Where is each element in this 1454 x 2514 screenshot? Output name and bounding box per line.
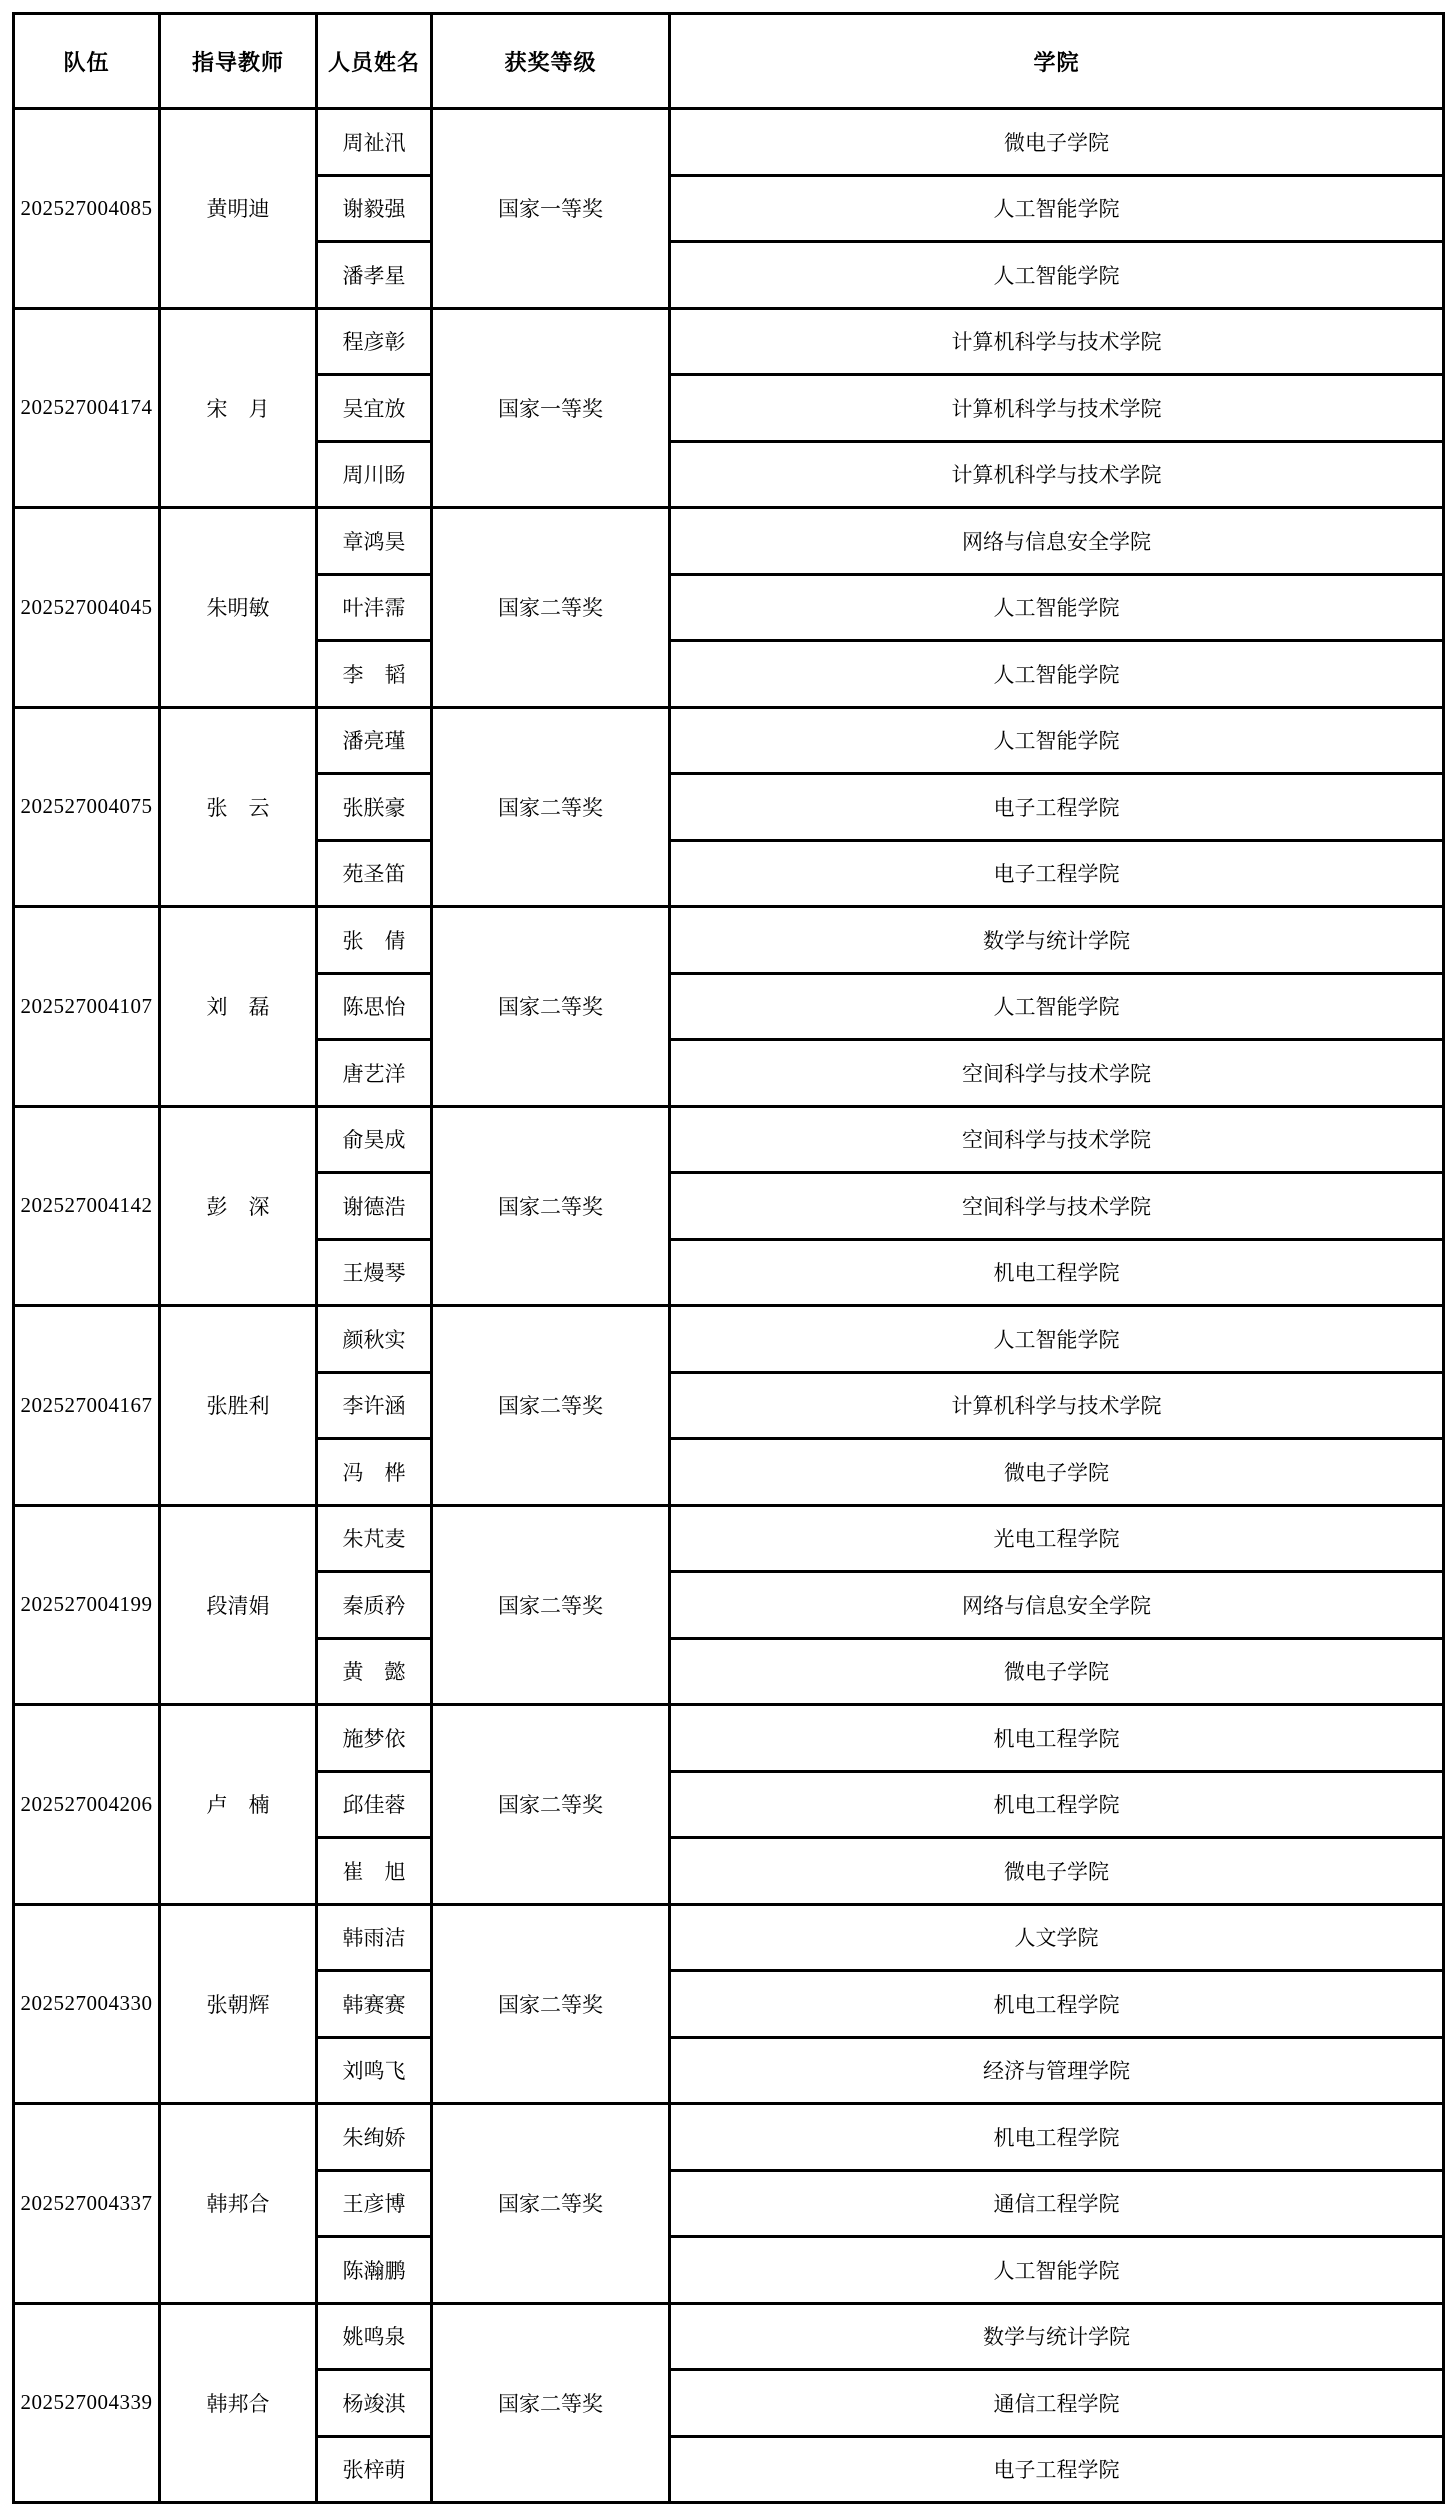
- member-name-cell: 王熳琴: [317, 1239, 432, 1306]
- column-header-member-name: 人员姓名: [317, 14, 432, 109]
- award-cell: 国家二等奖: [432, 2303, 670, 2503]
- advisor-cell: 朱明敏: [160, 508, 317, 708]
- team-id-cell: 202527004045: [14, 508, 160, 708]
- award-cell: 国家二等奖: [432, 1505, 670, 1705]
- college-cell: 机电工程学院: [670, 2104, 1444, 2171]
- member-name-cell: 唐艺洋: [317, 1040, 432, 1107]
- member-name-cell: 邱佳蓉: [317, 1771, 432, 1838]
- column-header-team: 队伍: [14, 14, 160, 109]
- member-name-cell: 张朕豪: [317, 774, 432, 841]
- member-name-cell: 朱芃麦: [317, 1505, 432, 1572]
- award-cell: 国家二等奖: [432, 508, 670, 708]
- member-name-cell: 韩赛赛: [317, 1971, 432, 2038]
- member-row: 202527004337韩邦合朱绚娇国家二等奖机电工程学院: [14, 2104, 1444, 2171]
- team-id-cell: 202527004337: [14, 2104, 160, 2304]
- team-id-cell: 202527004107: [14, 907, 160, 1107]
- member-row: 202527004142彭 深俞昊成国家二等奖空间科学与技术学院: [14, 1106, 1444, 1173]
- member-name-cell: 周祉汛: [317, 109, 432, 176]
- header-row: 队伍 指导教师 人员姓名 获奖等级 学院: [14, 14, 1444, 109]
- college-cell: 微电子学院: [670, 1638, 1444, 1705]
- college-cell: 网络与信息安全学院: [670, 1572, 1444, 1639]
- award-cell: 国家一等奖: [432, 308, 670, 508]
- member-name-cell: 程彦彰: [317, 308, 432, 375]
- member-row: 202527004085黄明迪周祉汛国家一等奖微电子学院: [14, 109, 1444, 176]
- college-cell: 空间科学与技术学院: [670, 1173, 1444, 1240]
- member-row: 202527004107刘 磊张 倩国家二等奖数学与统计学院: [14, 907, 1444, 974]
- member-name-cell: 颜秋实: [317, 1306, 432, 1373]
- advisor-cell: 黄明迪: [160, 109, 317, 309]
- advisor-cell: 刘 磊: [160, 907, 317, 1107]
- member-name-cell: 张梓萌: [317, 2436, 432, 2503]
- member-name-cell: 朱绚娇: [317, 2104, 432, 2171]
- member-name-cell: 陈瀚鹏: [317, 2237, 432, 2304]
- advisor-cell: 卢 楠: [160, 1705, 317, 1905]
- college-cell: 数学与统计学院: [670, 2303, 1444, 2370]
- college-cell: 计算机科学与技术学院: [670, 1372, 1444, 1439]
- college-cell: 人工智能学院: [670, 175, 1444, 242]
- team-id-cell: 202527004085: [14, 109, 160, 309]
- college-cell: 人工智能学院: [670, 973, 1444, 1040]
- page: 队伍 指导教师 人员姓名 获奖等级 学院 202527004085黄明迪周祉汛国…: [0, 0, 1454, 2514]
- award-cell: 国家二等奖: [432, 707, 670, 907]
- award-cell: 国家二等奖: [432, 907, 670, 1107]
- college-cell: 微电子学院: [670, 1838, 1444, 1905]
- college-cell: 人文学院: [670, 1904, 1444, 1971]
- college-cell: 人工智能学院: [670, 574, 1444, 641]
- college-cell: 经济与管理学院: [670, 2037, 1444, 2104]
- member-name-cell: 吴宜放: [317, 375, 432, 442]
- member-name-cell: 陈思怡: [317, 973, 432, 1040]
- member-name-cell: 谢德浩: [317, 1173, 432, 1240]
- member-name-cell: 张 倩: [317, 907, 432, 974]
- college-cell: 人工智能学院: [670, 1306, 1444, 1373]
- college-cell: 机电工程学院: [670, 1771, 1444, 1838]
- advisor-cell: 张 云: [160, 707, 317, 907]
- college-cell: 电子工程学院: [670, 2436, 1444, 2503]
- member-name-cell: 秦质矜: [317, 1572, 432, 1639]
- college-cell: 机电工程学院: [670, 1971, 1444, 2038]
- column-header-college: 学院: [670, 14, 1444, 109]
- college-cell: 空间科学与技术学院: [670, 1040, 1444, 1107]
- award-cell: 国家二等奖: [432, 1106, 670, 1306]
- team-id-cell: 202527004075: [14, 707, 160, 907]
- college-cell: 空间科学与技术学院: [670, 1106, 1444, 1173]
- member-name-cell: 施梦依: [317, 1705, 432, 1772]
- table-header: 队伍 指导教师 人员姓名 获奖等级 学院: [14, 14, 1444, 109]
- college-cell: 机电工程学院: [670, 1239, 1444, 1306]
- member-row: 202527004199段清娟朱芃麦国家二等奖光电工程学院: [14, 1505, 1444, 1572]
- member-name-cell: 潘亮瑾: [317, 707, 432, 774]
- member-name-cell: 叶沣霈: [317, 574, 432, 641]
- team-id-cell: 202527004330: [14, 1904, 160, 2104]
- advisor-cell: 彭 深: [160, 1106, 317, 1306]
- college-cell: 电子工程学院: [670, 840, 1444, 907]
- advisor-cell: 宋 月: [160, 308, 317, 508]
- college-cell: 人工智能学院: [670, 2237, 1444, 2304]
- college-cell: 人工智能学院: [670, 641, 1444, 708]
- member-name-cell: 章鸿昊: [317, 508, 432, 575]
- college-cell: 通信工程学院: [670, 2170, 1444, 2237]
- team-id-cell: 202527004199: [14, 1505, 160, 1705]
- college-cell: 光电工程学院: [670, 1505, 1444, 1572]
- member-row: 202527004075张 云潘亮瑾国家二等奖人工智能学院: [14, 707, 1444, 774]
- advisor-cell: 张朝辉: [160, 1904, 317, 2104]
- award-cell: 国家二等奖: [432, 2104, 670, 2304]
- team-id-cell: 202527004206: [14, 1705, 160, 1905]
- member-name-cell: 崔 旭: [317, 1838, 432, 1905]
- member-name-cell: 潘孝星: [317, 242, 432, 309]
- member-name-cell: 周川旸: [317, 441, 432, 508]
- member-name-cell: 俞昊成: [317, 1106, 432, 1173]
- college-cell: 微电子学院: [670, 109, 1444, 176]
- college-cell: 机电工程学院: [670, 1705, 1444, 1772]
- award-cell: 国家一等奖: [432, 109, 670, 309]
- award-cell: 国家二等奖: [432, 1306, 670, 1506]
- advisor-cell: 张胜利: [160, 1306, 317, 1506]
- college-cell: 电子工程学院: [670, 774, 1444, 841]
- member-name-cell: 杨竣淇: [317, 2370, 432, 2437]
- college-cell: 计算机科学与技术学院: [670, 375, 1444, 442]
- award-cell: 国家二等奖: [432, 1705, 670, 1905]
- member-name-cell: 李 韬: [317, 641, 432, 708]
- member-name-cell: 韩雨洁: [317, 1904, 432, 1971]
- member-name-cell: 王彦博: [317, 2170, 432, 2237]
- member-row: 202527004174宋 月程彦彰国家一等奖计算机科学与技术学院: [14, 308, 1444, 375]
- member-name-cell: 李许涵: [317, 1372, 432, 1439]
- college-cell: 通信工程学院: [670, 2370, 1444, 2437]
- award-cell: 国家二等奖: [432, 1904, 670, 2104]
- college-cell: 人工智能学院: [670, 707, 1444, 774]
- member-row: 202527004045朱明敏章鸿昊国家二等奖网络与信息安全学院: [14, 508, 1444, 575]
- college-cell: 数学与统计学院: [670, 907, 1444, 974]
- advisor-cell: 韩邦合: [160, 2303, 317, 2503]
- college-cell: 网络与信息安全学院: [670, 508, 1444, 575]
- team-id-cell: 202527004339: [14, 2303, 160, 2503]
- member-row: 202527004167张胜利颜秋实国家二等奖人工智能学院: [14, 1306, 1444, 1373]
- column-header-advisor: 指导教师: [160, 14, 317, 109]
- table-body: 202527004085黄明迪周祉汛国家一等奖微电子学院谢毅强人工智能学院潘孝星…: [14, 109, 1444, 2503]
- college-cell: 人工智能学院: [670, 242, 1444, 309]
- member-row: 202527004339韩邦合姚鸣泉国家二等奖数学与统计学院: [14, 2303, 1444, 2370]
- college-cell: 计算机科学与技术学院: [670, 441, 1444, 508]
- advisor-cell: 韩邦合: [160, 2104, 317, 2304]
- advisor-cell: 段清娟: [160, 1505, 317, 1705]
- team-id-cell: 202527004142: [14, 1106, 160, 1306]
- award-table: 队伍 指导教师 人员姓名 获奖等级 学院 202527004085黄明迪周祉汛国…: [12, 12, 1445, 2504]
- column-header-award-level: 获奖等级: [432, 14, 670, 109]
- member-name-cell: 姚鸣泉: [317, 2303, 432, 2370]
- member-name-cell: 黄 懿: [317, 1638, 432, 1705]
- college-cell: 微电子学院: [670, 1439, 1444, 1506]
- member-name-cell: 冯 桦: [317, 1439, 432, 1506]
- member-name-cell: 刘鸣飞: [317, 2037, 432, 2104]
- member-name-cell: 谢毅强: [317, 175, 432, 242]
- team-id-cell: 202527004167: [14, 1306, 160, 1506]
- member-row: 202527004206卢 楠施梦依国家二等奖机电工程学院: [14, 1705, 1444, 1772]
- team-id-cell: 202527004174: [14, 308, 160, 508]
- member-name-cell: 苑圣笛: [317, 840, 432, 907]
- member-row: 202527004330张朝辉韩雨洁国家二等奖人文学院: [14, 1904, 1444, 1971]
- college-cell: 计算机科学与技术学院: [670, 308, 1444, 375]
